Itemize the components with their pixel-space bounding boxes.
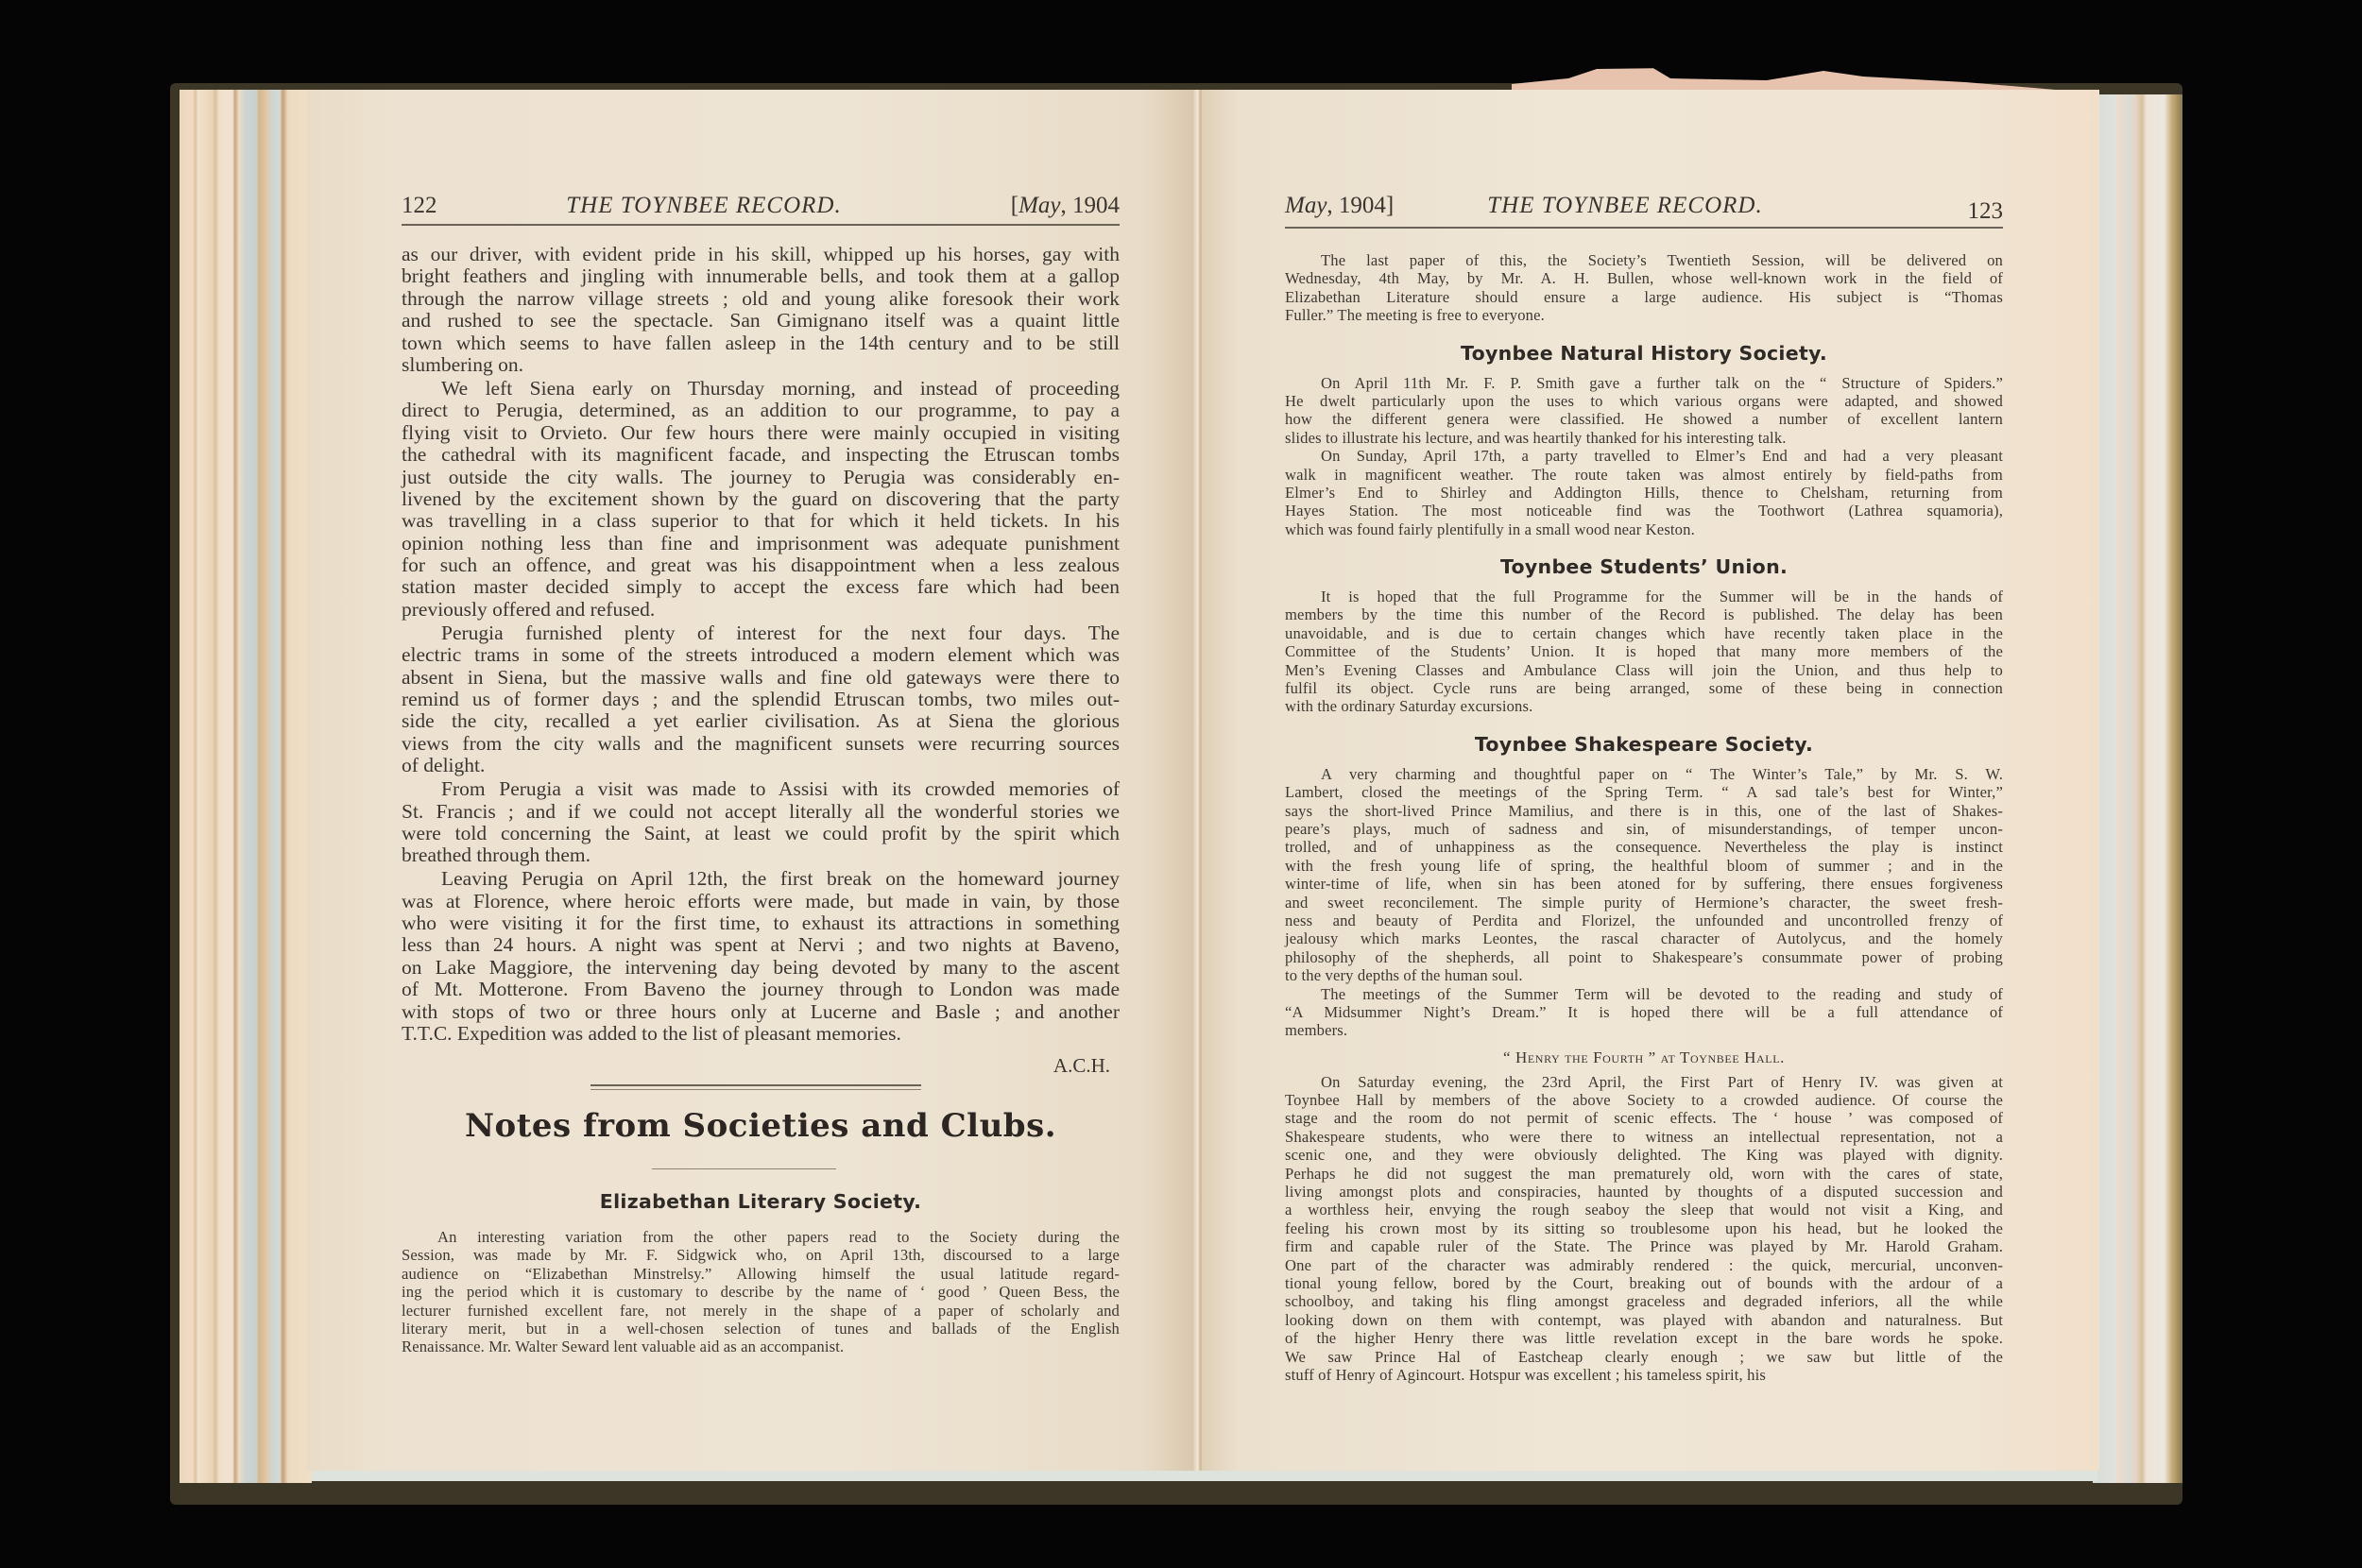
society-heading-block: Elizabethan Literary Society. (402, 1190, 1120, 1213)
running-title: THE TOYNBEE RECORD. (1266, 192, 1984, 220)
paragraph: Perugia furnished plenty of interest for… (402, 622, 1120, 777)
text-line: The meetings of the Summer Term will be … (1285, 985, 2003, 1003)
running-title: THE TOYNBEE RECORD. (345, 192, 1063, 220)
text-line: audience on “Elizabethan Minstrelsy.” Al… (402, 1265, 1120, 1283)
text-line: lecturer furnished excellent fare, not m… (402, 1302, 1120, 1320)
paragraph: Leaving Perugia on April 12th, the first… (402, 868, 1120, 1045)
text-line: We left Siena early on Thursday morning,… (402, 378, 1120, 400)
text-line: of Mt. Motterone. From Baveno the journe… (402, 979, 1120, 1000)
text-line: to the very depths of the human soul. (1285, 966, 2003, 984)
text-line: He dwelt particularly upon the uses to w… (1285, 392, 2003, 410)
page-number: 123 (1968, 197, 2004, 226)
text-line: for such an offence, and great was his d… (402, 554, 1120, 576)
text-line: St. Francis ; and if we could not accept… (402, 801, 1120, 823)
text-line: how the different genera were classified… (1285, 410, 2003, 428)
text-line: who were visiting it for the first time,… (402, 912, 1120, 934)
text-line: flying visit to Orvieto. Our few hours t… (402, 422, 1120, 444)
signature: A.C.H. (402, 1054, 1110, 1078)
text-line: One part of the character was admirably … (1285, 1256, 2003, 1274)
text-line: through the narrow village streets ; old… (402, 288, 1120, 310)
text-line: On April 11th Mr. F. P. Smith gave a fur… (1285, 374, 2003, 392)
text-line: feeling his crown most by its sitting so… (1285, 1219, 2003, 1237)
societies-notes-body: The last paper of this, the Society’s Tw… (1285, 251, 2003, 1384)
text-line: Lambert, closed the meetings of the Spri… (1285, 783, 2003, 801)
bracket: [ (1011, 193, 1018, 218)
left-page-stack (180, 90, 312, 1483)
text-line: literary merit, but in a well-chosen sel… (402, 1320, 1120, 1338)
text-line: town which seems to have fallen asleep i… (402, 332, 1120, 354)
month: May (1018, 193, 1060, 218)
text-line: winter-time of life, when sin has been a… (1285, 875, 2003, 893)
text-line: looking down on them with contempt, was … (1285, 1311, 2003, 1329)
text-line: bright feathers and jingling with innume… (402, 265, 1120, 287)
text-line: fulfil its object. Cycle runs are being … (1285, 679, 2003, 697)
text-line: a worthless heir, envying the rough seab… (1285, 1201, 2003, 1219)
society-heading: Toynbee Shakespeare Society. (1285, 733, 2003, 756)
paragraph: On Saturday evening, the 23rd April, the… (1285, 1073, 2003, 1385)
section-heading-block: Notes from Societies and Clubs. (402, 1107, 1120, 1145)
text-line: of the higher Henry there was little rev… (1285, 1329, 2003, 1347)
text-line: on Lake Maggiore, the intervening day be… (402, 957, 1120, 979)
year: , 1904 (1061, 193, 1121, 218)
header-rule (1285, 227, 2003, 229)
society-heading: Toynbee Natural History Society. (1285, 342, 2003, 365)
text-line: unavoidable, and is due to certain chang… (1285, 624, 2003, 642)
text-line: and rushed to see the spectacle. San Gim… (402, 310, 1120, 332)
text-line: breathed through them. (402, 844, 1120, 866)
text-line: Committee of the Students’ Union. It is … (1285, 642, 2003, 660)
right-running-head: May, 1904] THE TOYNBEE RECORD. 123 (1285, 192, 2003, 220)
running-date: [May, 1904 (1011, 192, 1120, 220)
text-line: We saw Prince Hal of Eastcheap clearly e… (1285, 1348, 2003, 1366)
society-heading: Elizabethan Literary Society. (402, 1190, 1120, 1213)
text-line: Elmer’s End to Shirley and Addington Hil… (1285, 484, 2003, 502)
text-line: the cathedral with its magnificent facad… (402, 444, 1120, 466)
paragraph: The meetings of the Summer Term will be … (1285, 985, 2003, 1040)
text-line: ing the period which it is customary to … (402, 1283, 1120, 1301)
paragraph: The last paper of this, the Society’s Tw… (1285, 251, 2003, 325)
text-line: Perugia furnished plenty of interest for… (402, 622, 1120, 644)
text-line: tional young fellow, bored by the Court,… (1285, 1274, 2003, 1292)
text-line: Hayes Station. The most noticeable find … (1285, 502, 2003, 520)
section-heading: Notes from Societies and Clubs. (402, 1107, 1120, 1145)
paragraph: A very charming and thoughtful paper on … (1285, 765, 2003, 985)
paragraph: It is hoped that the full Programme for … (1285, 588, 2003, 716)
text-line: previously offered and refused. (402, 599, 1120, 621)
text-line: jealousy which marks Leontes, the rascal… (1285, 929, 2003, 947)
text-line: schoolboy, and taking his fling amongst … (1285, 1292, 2003, 1310)
society-heading: Toynbee Students’ Union. (1285, 555, 2003, 578)
text-line: direct to Perugia, determined, as an add… (402, 400, 1120, 421)
text-line: just outside the city walls. The journey… (402, 467, 1120, 488)
text-line: station master decided simply to accept … (402, 576, 1120, 598)
signature-block: A.C.H. (402, 1054, 1110, 1078)
text-line: stage and the room do not permit of scen… (1285, 1109, 2003, 1127)
text-line: “A Midsummer Night’s Dream.” It is hoped… (1285, 1003, 2003, 1021)
paragraph: On April 11th Mr. F. P. Smith gave a fur… (1285, 374, 2003, 448)
text-line: firm and capable ruler of the State. The… (1285, 1237, 2003, 1255)
text-line: was travelling in a class superior to th… (402, 510, 1120, 532)
paragraph: as our driver, with evident pride in his… (402, 244, 1120, 376)
paragraph: From Perugia a visit was made to Assisi … (402, 778, 1120, 867)
society-report: An interesting variation from the other … (402, 1228, 1120, 1356)
text-line: scenic one, and they were obviously deli… (1285, 1146, 2003, 1164)
text-line: Toynbee Hall by members of the above Soc… (1285, 1091, 2003, 1109)
text-line: A very charming and thoughtful paper on … (1285, 765, 2003, 783)
text-line: ness and beauty of Perdita and Florizel,… (1285, 912, 2003, 929)
subheading: “ Henry the Fourth ” at Toynbee Hall. (1285, 1048, 2003, 1067)
text-line: remind us of former days ; and the splen… (402, 689, 1120, 710)
text-line: less than 24 hours. A night was spent at… (402, 934, 1120, 956)
text-line: members. (1285, 1021, 2003, 1039)
text-line: was at Florence, where heroic efforts we… (402, 891, 1120, 912)
text-line: electric trams in some of the streets in… (402, 644, 1120, 666)
double-rule-divider (590, 1084, 921, 1090)
text-line: peare’s plays, much of sadness and sin, … (1285, 820, 2003, 838)
text-line: were told concerning the Saint, at least… (402, 823, 1120, 844)
text-line: Men’s Evening Classes and Ambulance Clas… (1285, 661, 2003, 679)
text-line: members by the time this number of the R… (1285, 605, 2003, 623)
text-line: which was found fairly plentifully in a … (1285, 520, 2003, 538)
text-line: says the short-lived Prince Mamilius, an… (1285, 802, 2003, 820)
article-body: as our driver, with evident pride in his… (402, 244, 1120, 1045)
text-line: slides to illustrate his lecture, and wa… (1285, 429, 2003, 447)
text-line: side the city, recalled a yet earlier ci… (402, 710, 1120, 732)
text-line: Fuller.” The meeting is free to everyone… (1285, 306, 2003, 324)
text-line: living amongst plots and conspiracies, h… (1285, 1183, 2003, 1201)
text-line: and sweet reconcilement. The simple puri… (1285, 894, 2003, 912)
text-line: as our driver, with evident pride in his… (402, 244, 1120, 265)
text-line: with stops of two or three hours only at… (402, 1001, 1120, 1023)
text-line: trolled, and of unhappiness as the conse… (1285, 838, 2003, 856)
text-line: Shakespeare students, who were there to … (1285, 1128, 2003, 1146)
text-line: stuff of Henry of Agincourt. Hotspur was… (1285, 1366, 2003, 1384)
text-line: with the fresh young life of spring, the… (1285, 857, 2003, 875)
text-line: Session, was made by Mr. F. Sidgwick who… (402, 1246, 1120, 1264)
short-rule-divider (652, 1168, 836, 1169)
text-line: T.T.C. Expedition was added to the list … (402, 1023, 1120, 1045)
header-rule (402, 224, 1120, 226)
left-running-head: 122 THE TOYNBEE RECORD. [May, 1904 (402, 192, 1120, 220)
text-line: views from the city walls and the magnif… (402, 733, 1120, 755)
text-line: The last paper of this, the Society’s Tw… (1285, 251, 2003, 269)
text-line: Renaissance. Mr. Walter Seward lent valu… (402, 1338, 1120, 1355)
text-line: of delight. (402, 755, 1120, 776)
paragraph: On Sunday, April 17th, a party travelled… (1285, 447, 2003, 538)
paragraph: We left Siena early on Thursday morning,… (402, 378, 1120, 621)
text-line: walk in magnificent weather. The route t… (1285, 466, 2003, 484)
right-page-stack (2093, 94, 2182, 1483)
text-line: slumbering on. (402, 354, 1120, 376)
text-line: Elizabethan Literature should ensure a l… (1285, 288, 2003, 306)
paragraph: An interesting variation from the other … (402, 1228, 1120, 1356)
text-line: An interesting variation from the other … (402, 1228, 1120, 1246)
text-line: livened by the excitement shown by the g… (402, 488, 1120, 510)
text-line: It is hoped that the full Programme for … (1285, 588, 2003, 605)
text-line: From Perugia a visit was made to Assisi … (402, 778, 1120, 800)
text-line: philosophy of the shepherds, all point t… (1285, 948, 2003, 966)
text-line: opinion nothing less than fine and impri… (402, 533, 1120, 554)
text-line: On Saturday evening, the 23rd April, the… (1285, 1073, 2003, 1091)
text-line: Leaving Perugia on April 12th, the first… (402, 868, 1120, 890)
text-line: Perhaps he did not suggest the man prema… (1285, 1165, 2003, 1183)
text-line: absent in Siena, but the massive walls a… (402, 667, 1120, 689)
text-line: On Sunday, April 17th, a party travelled… (1285, 447, 2003, 465)
text-line: Wednesday, 4th May, by Mr. A. H. Bullen,… (1285, 269, 2003, 287)
text-line: with the ordinary Saturday excursions. (1285, 697, 2003, 715)
